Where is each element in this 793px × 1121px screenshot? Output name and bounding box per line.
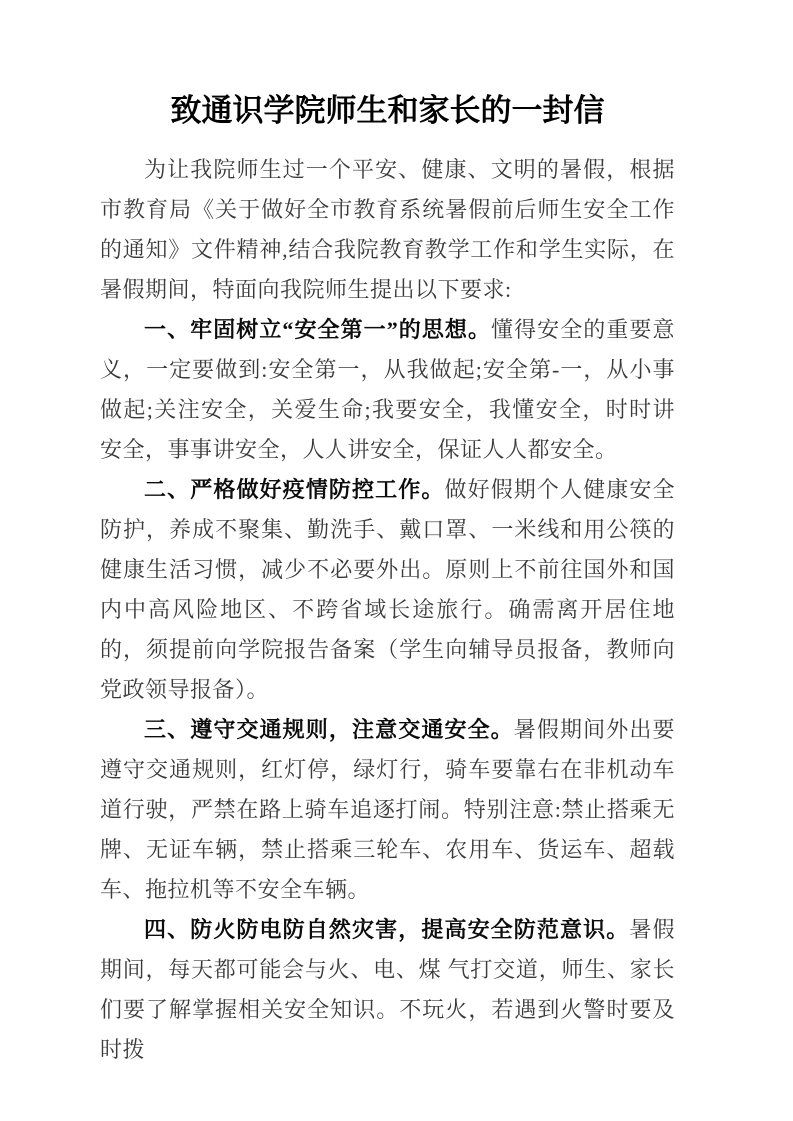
paragraph-intro: 为让我院师生过一个平安、健康、文明的暑假，根据市教育局《关于做好全市教育系统暑假…	[100, 150, 675, 310]
document-page: 致通识学院师生和家长的一封信 为让我院师生过一个平安、健康、文明的暑假，根据市教…	[0, 0, 793, 1121]
section-2-text: 做好假期个人健康安全防护，养成不聚集、勤洗手、戴口罩、一米线和用公筷的健康生活习…	[100, 477, 675, 702]
section-3-heading: 三、遵守交通规则，注意交通安全。	[144, 717, 514, 742]
section-2-heading: 二、严格做好疫情防控工作。	[144, 477, 444, 502]
paragraph-section-1: 一、牢固树立“安全第一”的思想。懂得安全的重要意义，一定要做到:安全第一，从我做…	[100, 310, 675, 470]
paragraph-section-2: 二、严格做好疫情防控工作。做好假期个人健康安全防护，养成不聚集、勤洗手、戴口罩、…	[100, 470, 675, 710]
paragraph-text: 为让我院师生过一个平安、健康、文明的暑假，根据市教育局《关于做好全市教育系统暑假…	[100, 157, 675, 302]
document-title: 致通识学院师生和家长的一封信	[100, 88, 675, 134]
section-4-heading: 四、防火防电防自然灾害，提高安全防范意识。	[144, 917, 629, 942]
section-3-text: 暑假期间外出要遵守交通规则，红灯停，绿灯行，骑车要靠右在非机动车道行驶，严禁在路…	[100, 717, 675, 902]
section-1-heading: 一、牢固树立“安全第一”的思想。	[144, 317, 491, 342]
paragraph-section-3: 三、遵守交通规则，注意交通安全。暑假期间外出要遵守交通规则，红灯停，绿灯行，骑车…	[100, 710, 675, 910]
paragraph-section-4: 四、防火防电防自然灾害，提高安全防范意识。暑假期间，每天都可能会与火、电、煤 气…	[100, 910, 675, 1070]
